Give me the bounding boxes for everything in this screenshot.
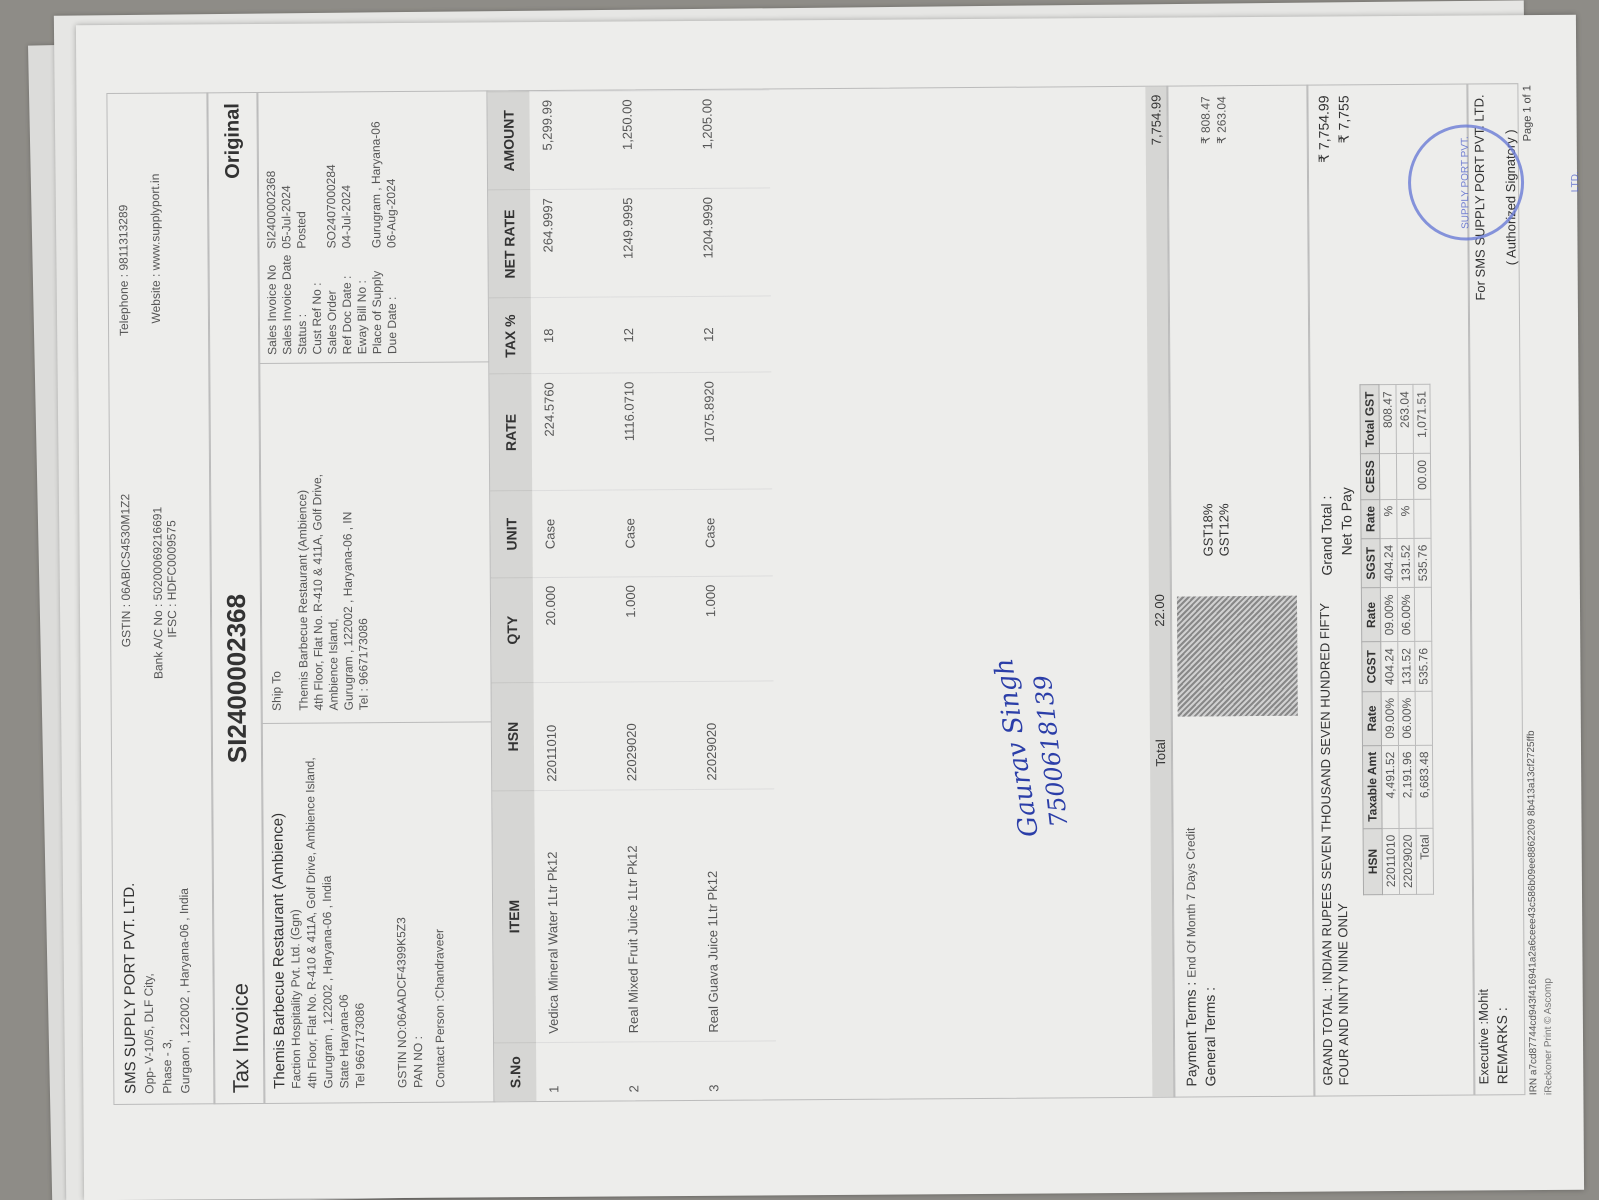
bill-to-contact: Contact Person :Chandraveer <box>430 737 448 1088</box>
seller-name: SMS SUPPLY PORT PVT. LTD. <box>121 883 140 1094</box>
table-cell: 224.5760 <box>531 373 612 490</box>
hsn-cell: 131.52 <box>1397 538 1414 588</box>
hsn-cell: 535.76 <box>1415 641 1432 691</box>
meta-value: SO2407000284 <box>324 116 340 249</box>
table-row: 2Real Mixed Fruit Juice 1Ltr Pk122202902… <box>609 90 696 1100</box>
ship-to-line: Tel : 9667173086 <box>354 375 371 710</box>
table-cell: 2 <box>616 1041 696 1100</box>
hsn-cell: Total <box>1416 828 1433 895</box>
hsn-cell <box>1414 588 1431 642</box>
meta-value: SI2400002368 <box>264 116 280 249</box>
meta-row: Status :Posted <box>294 116 311 355</box>
parties-section: Themis Barbecue Restaurant (Ambience) Fa… <box>256 90 495 1104</box>
meta-key: Sales Order <box>324 248 340 354</box>
items-table: S.NoITEMHSNQTYUNITRATETAX %NET RATEAMOUN… <box>486 86 1175 1103</box>
meta-row: Cust Ref No : <box>309 116 326 355</box>
invoice-sheet: SMS SUPPLY PORT PVT. LTD. Opp- V-10/5, D… <box>76 15 1584 1200</box>
meta-row: Eway Bill No : <box>354 115 371 354</box>
table-cell: 22011010 <box>534 682 615 790</box>
meta-value: 06-Aug-2024 <box>384 115 400 248</box>
meta-value: 05-Jul-2024 <box>279 116 295 249</box>
hsn-cell: 535.76 <box>1414 538 1431 588</box>
hsn-cell <box>1414 499 1431 538</box>
bill-to: Themis Barbecue Restaurant (Ambience) Fa… <box>262 721 495 1103</box>
hsn-column-header: Total GST <box>1360 385 1379 454</box>
invoice-page: SMS SUPPLY PORT PVT. LTD. Opp- V-10/5, D… <box>96 65 1533 1115</box>
grand-total-value: ₹ 7,754.99 <box>1313 95 1333 162</box>
hsn-cell <box>1396 453 1413 499</box>
meta-row: Place of SupplyGurugram , Haryana-06 <box>369 115 386 354</box>
table-cell: 1204.9990 <box>690 188 771 297</box>
irn-number: IRN a7cd87744cd943f416941a2a6ceee43c586b… <box>1526 730 1540 1095</box>
net-to-pay-value: ₹ 7,755 <box>1333 95 1353 162</box>
gstin-label: GSTIN : <box>119 604 134 704</box>
table-cell: Case <box>692 489 773 576</box>
bill-to-line: 4th Floor, Flat No. R-410 & 411A, Golf D… <box>302 738 320 1089</box>
hsn-cell: 22011010 <box>1382 828 1399 895</box>
column-header: S.No <box>494 1042 536 1101</box>
meta-key: Place of Supply <box>369 248 385 354</box>
seller-bank: 50200069216691 <box>150 507 165 601</box>
hsn-cell: 00.00 <box>1413 453 1430 499</box>
copy-label: Original <box>221 103 245 179</box>
meta-value: 04-Jul-2024 <box>339 116 355 249</box>
total-label: Total <box>1153 739 1168 767</box>
table-cell: 1,205.00 <box>689 90 770 189</box>
footer-section: Executive :Mohit REMARKS : For SMS SUPPL… <box>1466 83 1525 1095</box>
column-header: AMOUNT <box>487 92 530 190</box>
hsn-cell: 22029020 <box>1399 828 1416 895</box>
seller-address-1: Opp- V-10/5, DLF City, <box>139 883 158 1094</box>
table-cell: 1 <box>536 1042 616 1101</box>
meta-key: Status : <box>294 249 310 355</box>
hsn-cell: 131.52 <box>1398 642 1415 692</box>
hsn-column-header: HSN <box>1363 828 1382 895</box>
column-header: QTY <box>491 577 534 683</box>
gst-amount: ₹ 263.04 <box>1213 96 1229 144</box>
table-cell: 22029020 <box>694 681 775 789</box>
ifsc-label: IFSC : <box>165 604 180 704</box>
bank-label: Bank A/C No : <box>151 604 166 704</box>
total-amount: 7,754.99 <box>1148 95 1163 146</box>
seller-ifsc: HDFC0009575 <box>164 520 179 600</box>
table-cell: Vedica Mineral Water 1Ltr Pk12 <box>534 790 616 1043</box>
page-number: Page 1 of 1 <box>1521 85 1533 141</box>
meta-row: Ref Doc Date :04-Jul-2024 <box>339 116 356 355</box>
table-cell: 3 <box>696 1041 776 1100</box>
seller-address-2: Phase - 3, <box>157 882 176 1093</box>
table-cell: 18 <box>531 297 612 373</box>
hsn-cell: 6,683.48 <box>1415 745 1433 828</box>
hsn-cell: 1,071.51 <box>1413 385 1430 454</box>
meta-value: Posted <box>294 116 310 249</box>
payment-terms-label: Payment Terms : <box>1183 982 1200 1087</box>
hsn-cell: % <box>1397 499 1414 538</box>
seller-header: SMS SUPPLY PORT PVT. LTD. Opp- V-10/5, D… <box>106 92 215 1105</box>
meta-row: Sales Invoice Date05-Jul-2024 <box>279 116 296 355</box>
table-cell: 1075.8920 <box>691 372 772 489</box>
table-cell: 264.9997 <box>530 189 611 298</box>
hsn-cell: 404.24 <box>1380 538 1397 588</box>
seller-gstin: 06ABICS4530M1Z2 <box>118 494 133 601</box>
gst-amounts: ₹ 808.47 ₹ 263.04 <box>1197 96 1229 144</box>
gst-amount: ₹ 808.47 <box>1197 96 1213 144</box>
hsn-cell: 2,191.96 <box>1398 745 1416 828</box>
seller-website: www.supplyport.in <box>148 174 163 271</box>
meta-row: Sales OrderSO2407000284 <box>324 116 341 355</box>
column-header: RATE <box>489 374 532 491</box>
amount-in-words: GRAND TOTAL : INDIAN RUPEES SEVEN THOUSA… <box>1317 585 1352 1085</box>
hsn-cell: 808.47 <box>1379 385 1396 454</box>
column-header: HSN <box>492 683 535 791</box>
table-cell: Case <box>532 490 613 577</box>
stamp-text: SUPPLY PORT PVT. LTD. <box>1460 136 1581 229</box>
table-cell: 20.000 <box>533 577 614 683</box>
column-header: TAX % <box>489 298 532 374</box>
hsn-cell: 4,491.52 <box>1381 745 1399 828</box>
meta-value <box>354 115 370 248</box>
seller-telephone: 9811313289 <box>116 205 130 271</box>
net-to-pay-label: Net To Pay <box>1336 487 1357 575</box>
meta-row: Sales Invoice NoSI2400002368 <box>264 116 281 355</box>
payment-terms: End Of Month 7 Days Credit <box>1184 828 1199 978</box>
executive: Executive :Mohit <box>1476 989 1492 1084</box>
ship-to: Ship To Themis Barbecue Restaurant (Ambi… <box>259 361 492 723</box>
total-qty: 22.00 <box>1152 594 1167 627</box>
table-cell: 1116.0710 <box>611 373 692 490</box>
table-cell: Real Guava Juice 1Ltr Pk12 <box>694 789 776 1042</box>
doc-type: Tax Invoice <box>228 983 255 1093</box>
remarks-label: REMARKS : <box>1494 1007 1511 1084</box>
hsn-summary-table: HSNTaxable AmtRateCGSTRateSGSTRateCESSTo… <box>1359 384 1434 895</box>
seller-address-3: Gurgaon , 122002 , Haryana-06 , India <box>175 882 194 1093</box>
printer-credit: iReckoner Print © Ascomp <box>1543 978 1555 1095</box>
hsn-column-header: CESS <box>1360 454 1379 500</box>
meta-value <box>309 116 325 249</box>
table-cell: 5,299.99 <box>529 91 610 190</box>
hsn-cell: 06.00% <box>1397 588 1414 642</box>
grand-total-label: Grand Total : <box>1316 487 1337 575</box>
column-header: UNIT <box>490 491 533 578</box>
hsn-column-header: Rate <box>1362 692 1381 746</box>
table-row: 3Real Guava Juice 1Ltr Pk12220290201.000… <box>689 90 776 1100</box>
hsn-column-header: SGST <box>1361 538 1380 588</box>
column-header: ITEM <box>492 790 536 1042</box>
hsn-column-header: Rate <box>1361 588 1380 642</box>
table-cell: 1,250.00 <box>609 90 690 189</box>
meta-key: Due Date : <box>384 248 400 354</box>
terms-section: Payment Terms : End Of Month 7 Days Cred… <box>1166 85 1315 1098</box>
hsn-column-header: Taxable Amt <box>1362 745 1382 828</box>
company-stamp-icon: SUPPLY PORT PVT. LTD. <box>1408 124 1525 241</box>
hsn-cell: % <box>1380 499 1397 538</box>
gst-summary: GST18% GST12% <box>1200 503 1232 556</box>
table-cell: 22029020 <box>614 681 695 789</box>
meta-key: Cust Ref No : <box>309 248 325 354</box>
telephone-label: Telephone : <box>117 274 132 364</box>
website-label: Website : <box>149 274 164 364</box>
table-cell: 12 <box>611 297 692 373</box>
gst-line: GST12% <box>1216 503 1232 556</box>
general-terms-label: General Terms : <box>1200 828 1220 1087</box>
hsn-cell: 263.04 <box>1396 385 1413 454</box>
table-cell: 1.000 <box>693 576 774 682</box>
hsn-row: Total6,683.48535.76535.7600.001,071.51 <box>1413 385 1434 895</box>
hsn-cell: 06.00% <box>1398 691 1415 745</box>
qr-code <box>1177 596 1298 717</box>
table-cell: Real Mixed Fruit Juice 1Ltr Pk12 <box>614 789 696 1042</box>
meta-value: Gurugram , Haryana-06 <box>369 115 385 248</box>
invoice-meta: Sales Invoice NoSI2400002368Sales Invoic… <box>257 91 489 363</box>
column-header: NET RATE <box>488 190 531 299</box>
table-cell: 1.000 <box>613 576 694 682</box>
hsn-cell <box>1415 691 1432 745</box>
meta-key: Ref Doc Date : <box>339 248 355 354</box>
meta-row: Due Date :06-Aug-2024 <box>384 115 401 354</box>
table-row: 1Vedica Mineral Water 1Ltr Pk12220110102… <box>529 91 616 1101</box>
table-cell: 1249.9995 <box>610 189 691 298</box>
gst-line: GST18% <box>1200 504 1216 557</box>
hsn-cell: 09.00% <box>1381 691 1398 745</box>
meta-key: Sales Invoice No <box>264 249 280 355</box>
hsn-column-header: Rate <box>1361 499 1380 538</box>
meta-key: Sales Invoice Date <box>279 249 295 355</box>
hsn-cell: 404.24 <box>1381 642 1398 692</box>
hsn-cell: 09.00% <box>1380 588 1397 642</box>
meta-key: Eway Bill No : <box>354 248 370 354</box>
hsn-cell <box>1379 454 1396 500</box>
invoice-number: SI2400002368 <box>221 594 253 763</box>
table-cell: Case <box>612 490 693 577</box>
table-cell: 12 <box>691 296 772 372</box>
hsn-column-header: CGST <box>1362 642 1381 692</box>
